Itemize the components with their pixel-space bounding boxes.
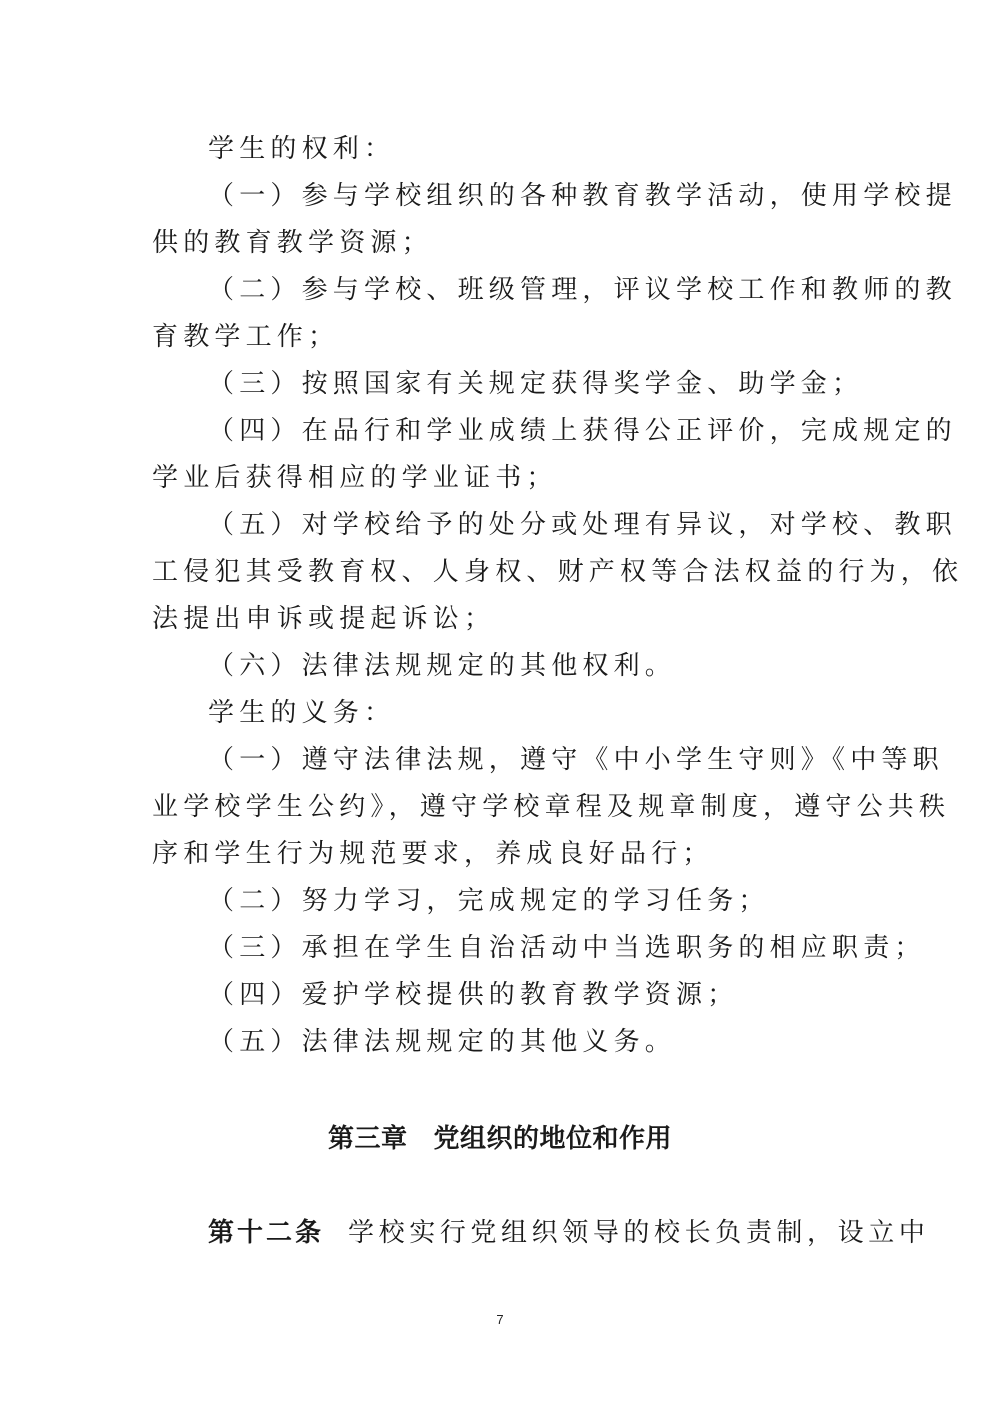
duties-item-1-line-3: 序和学生行为规范要求，养成良好品行； (152, 831, 852, 878)
article-label: 第十二条 (208, 1218, 324, 1248)
rights-item-3-line-1: （三）按照国家有关规定获得奖学金、助学金； (152, 361, 852, 408)
rights-item-5-line-3: 法提出申诉或提起诉讼； (152, 596, 852, 643)
duties-item-2-line-1: （二）努力学习，完成规定的学习任务； (152, 878, 852, 925)
rights-item-6-line-1: （六）法律法规规定的其他权利。 (152, 643, 852, 690)
duties-item-3-line-1: （三）承担在学生自治活动中当选职务的相应职责； (152, 925, 852, 972)
chapter-number: 第三章 (328, 1124, 408, 1154)
chapter-heading: 第三章党组织的地位和作用 (0, 1116, 1000, 1162)
article-text: 学校实行党组织领导的校长负责制，设立中 (348, 1218, 929, 1248)
rights-item-1-line-2: 供的教育教学资源； (152, 220, 852, 267)
page-number: 7 (0, 1312, 1000, 1327)
document-body: 学生的权利： （一）参与学校组织的各种教育教学活动，使用学校提 供的教育教学资源… (152, 126, 852, 1066)
chapter-title: 党组织的地位和作用 (434, 1124, 673, 1154)
duties-item-4-line-1: （四）爱护学校提供的教育教学资源； (152, 972, 852, 1019)
document-page: 学生的权利： （一）参与学校组织的各种教育教学活动，使用学校提 供的教育教学资源… (0, 0, 1000, 1415)
rights-item-1-line-1: （一）参与学校组织的各种教育教学活动，使用学校提 (152, 173, 852, 220)
article-paragraph: 第十二条学校实行党组织领导的校长负责制，设立中 (208, 1210, 929, 1256)
rights-item-5-line-1: （五）对学校给予的处分或处理有异议，对学校、教职 (152, 502, 852, 549)
duties-item-1-line-1: （一）遵守法律法规，遵守《中小学生守则》《中等职 (152, 737, 852, 784)
rights-item-4-line-2: 学业后获得相应的学业证书； (152, 455, 852, 502)
rights-heading: 学生的权利： (152, 126, 852, 173)
duties-heading: 学生的义务： (152, 690, 852, 737)
duties-item-5-line-1: （五）法律法规规定的其他义务。 (152, 1019, 852, 1066)
rights-item-5-line-2: 工侵犯其受教育权、人身权、财产权等合法权益的行为，依 (152, 549, 852, 596)
rights-item-2-line-1: （二）参与学校、班级管理，评议学校工作和教师的教 (152, 267, 852, 314)
rights-item-4-line-1: （四）在品行和学业成绩上获得公正评价，完成规定的 (152, 408, 852, 455)
duties-item-1-line-2: 业学校学生公约》，遵守学校章程及规章制度，遵守公共秩 (152, 784, 852, 831)
rights-item-2-line-2: 育教学工作； (152, 314, 852, 361)
